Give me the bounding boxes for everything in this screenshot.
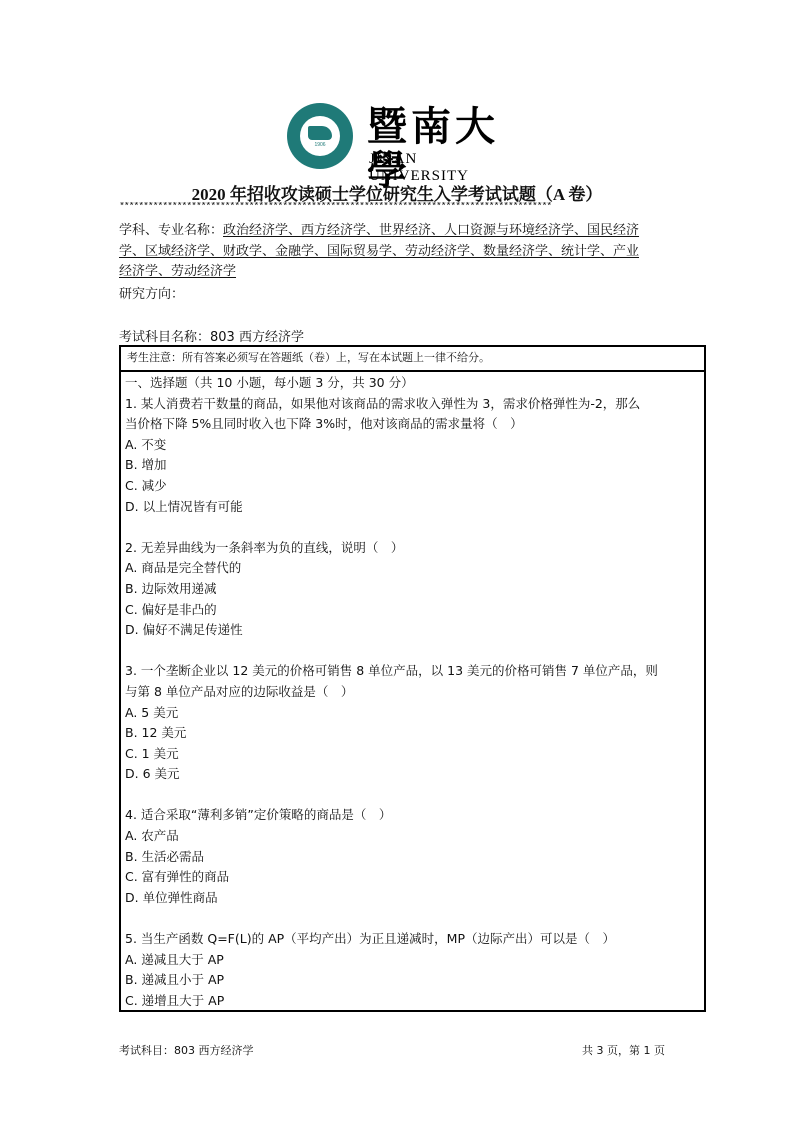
star-divider: ****************************************… — [119, 202, 679, 214]
section-title: 一、选择题（共 10 小题，每小题 3 分，共 30 分） — [125, 373, 698, 394]
question-stem: 与第 8 单位产品对应的边际收益是（ ） — [125, 682, 698, 703]
exam-content-box: 考生注意：所有答案必须写在答题纸（卷）上，写在本试题上一律不给分。 一、选择题（… — [119, 345, 706, 1012]
major-line: 经济学、劳动经济学 — [119, 264, 236, 279]
university-logo: 1906 暨南大學 JINAN UNIVERSITY — [287, 103, 517, 175]
question-4: 4. 适合采取“薄利多销”定价策略的商品是（ ） A. 农产品 B. 生活必需品… — [125, 805, 698, 908]
question-section: 一、选择题（共 10 小题，每小题 3 分，共 30 分） 1. 某人消费若干数… — [125, 373, 698, 1011]
option-c: C. 偏好是非凸的 — [125, 600, 698, 621]
option-b: B. 递减且小于 AP — [125, 970, 698, 991]
question-1: 1. 某人消费若干数量的商品，如果他对该商品的需求收入弹性为 3，需求价格弹性为… — [125, 394, 698, 518]
option-c: C. 递增且大于 AP — [125, 991, 698, 1012]
question-2: 2. 无差异曲线为一条斜率为负的直线，说明（ ） A. 商品是完全替代的 B. … — [125, 538, 698, 641]
option-b: B. 增加 — [125, 455, 698, 476]
option-a: A. 递减且大于 AP — [125, 950, 698, 971]
option-c: C. 1 美元 — [125, 744, 698, 765]
question-stem: 3. 一个垄断企业以 12 美元的价格可销售 8 单位产品，以 13 美元的价格… — [125, 661, 698, 682]
option-b: B. 12 美元 — [125, 723, 698, 744]
question-stem: 2. 无差异曲线为一条斜率为负的直线，说明（ ） — [125, 538, 698, 559]
question-stem: 5. 当生产函数 Q=F(L)的 AP（平均产出）为正且递减时，MP（边际产出）… — [125, 929, 698, 950]
footer-subject: 考试科目：803 西方经济学 — [119, 1042, 254, 1058]
subject-name: 考试科目名称：803 西方经济学 — [119, 326, 304, 345]
question-stem: 1. 某人消费若干数量的商品，如果他对该商品的需求收入弹性为 3，需求价格弹性为… — [125, 394, 698, 415]
major-list: 学科、专业名称：政治经济学、西方经济学、世界经济、人口资源与环境经济学、国民经济… — [119, 221, 679, 283]
option-d: D. 单位弹性商品 — [125, 888, 698, 909]
option-a: A. 农产品 — [125, 826, 698, 847]
option-a: A. 商品是完全替代的 — [125, 558, 698, 579]
major-line: 政治经济学、西方经济学、世界经济、人口资源与环境经济学、国民经济 — [223, 223, 639, 238]
major-line: 学、区域经济学、财政学、金融学、国际贸易学、劳动经济学、数量经济学、统计学、产业 — [119, 244, 639, 259]
option-d: D. 以上情况皆有可能 — [125, 497, 698, 518]
option-a: A. 5 美元 — [125, 703, 698, 724]
option-d: D. 6 美元 — [125, 764, 698, 785]
option-a: A. 不变 — [125, 435, 698, 456]
question-stem: 当价格下降 5%且同时收入也下降 3%时，他对该商品的需求量将（ ） — [125, 414, 698, 435]
question-stem: 4. 适合采取“薄利多销”定价策略的商品是（ ） — [125, 805, 698, 826]
research-direction-label: 研究方向： — [119, 283, 184, 302]
question-3: 3. 一个垄断企业以 12 美元的价格可销售 8 单位产品，以 13 美元的价格… — [125, 661, 698, 785]
question-5: 5. 当生产函数 Q=F(L)的 AP（平均产出）为正且递减时，MP（边际产出）… — [125, 929, 698, 1011]
option-c: C. 减少 — [125, 476, 698, 497]
option-b: B. 生活必需品 — [125, 847, 698, 868]
major-label: 学科、专业名称： — [119, 223, 223, 238]
option-c: C. 富有弹性的商品 — [125, 867, 698, 888]
option-b: B. 边际效用递减 — [125, 579, 698, 600]
option-d: D. 偏好不满足传递性 — [125, 620, 698, 641]
candidate-notice: 考生注意：所有答案必须写在答题纸（卷）上，写在本试题上一律不给分。 — [121, 347, 704, 372]
footer-page-info: 共 3 页，第 1 页 — [582, 1042, 665, 1058]
jinan-university-seal-icon: 1906 — [287, 103, 353, 169]
seal-year: 1906 — [287, 142, 353, 148]
